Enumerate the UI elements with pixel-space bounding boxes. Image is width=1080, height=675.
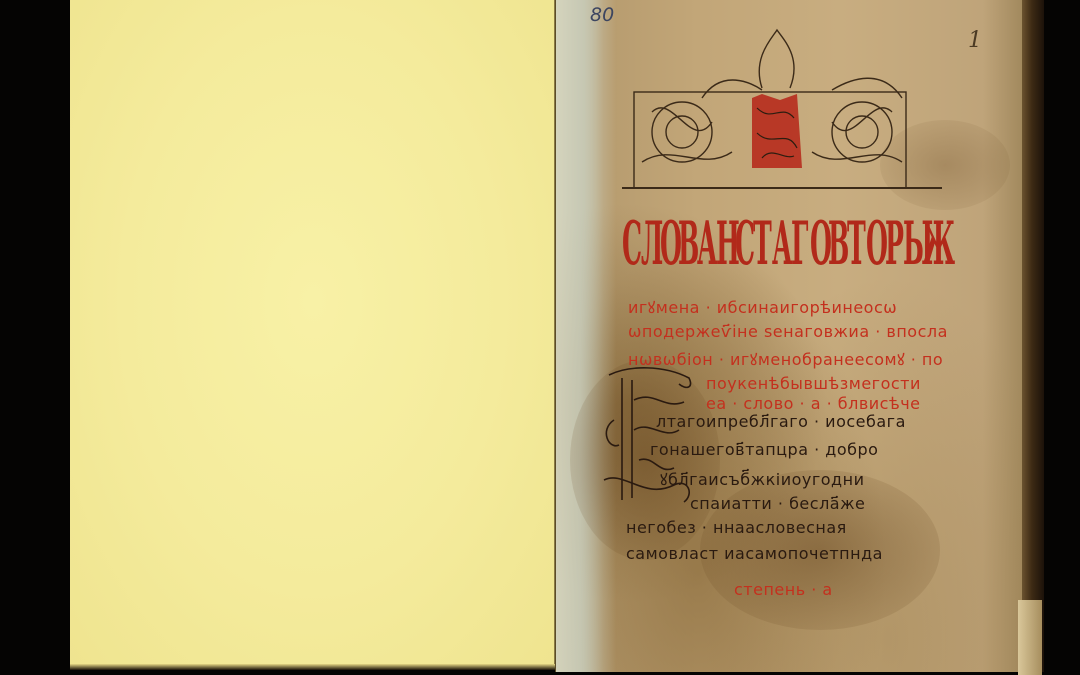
rubric-line: ѡподержеѵ҃іне ѕенаговжиа · впосла: [628, 322, 948, 341]
title-letter: Т: [753, 200, 761, 288]
title-letter: Ы: [903, 200, 911, 288]
page-stack-edge: [1018, 600, 1042, 675]
text-line: ꙋбл҃гаисъб҃жкiиоугодни: [660, 468, 864, 490]
title-letter: Ж: [922, 200, 930, 288]
title-letter: Т: [847, 200, 855, 288]
title-letter: Н: [716, 200, 724, 288]
blank-left-page: [70, 0, 556, 670]
title-letter: В: [678, 200, 686, 288]
folio-number: 1: [968, 28, 982, 53]
title-letter: В: [828, 200, 836, 288]
title-letter: Г: [791, 200, 799, 288]
title-letter: О: [810, 200, 818, 288]
rubric-line: игꙋмена · ибсинаигорѣинеосѡ: [628, 296, 897, 318]
text-line: спаиaтти · бесла҃же: [690, 494, 865, 513]
vyaz-title: С Л О В А Н С Т А Г О В Т О Р Ы Ж: [622, 200, 940, 288]
ornamental-headpiece-icon: [612, 28, 952, 190]
manuscript-photo: 80 1 С Л О В А Н С Т А Г О В: [0, 0, 1080, 675]
title-letter: С: [622, 200, 630, 288]
rubric-line: еа · слово · а · блвисѣче: [706, 394, 921, 413]
title-letter: А: [697, 200, 705, 288]
text-line: негобез · ннаасловесная: [626, 518, 847, 537]
book-spine-edge: [1022, 0, 1044, 672]
title-letter: С: [735, 200, 743, 288]
text-line: гонашегов҃тапцра · добро: [650, 440, 878, 459]
pencil-folio-number: 80: [590, 4, 614, 26]
title-letter: О: [866, 200, 874, 288]
rubric-line: поукенѣбывшѣзмегости: [706, 374, 921, 393]
title-letter: Р: [885, 200, 893, 288]
title-letter: Л: [641, 200, 649, 288]
water-damaged-edge: [556, 0, 616, 672]
text-line: самовласт иасамопочетпнда: [626, 544, 883, 563]
title-letter: О: [660, 200, 668, 288]
text-line: лтагоипребл҃гаго · иосебага: [656, 412, 906, 431]
closing-rubric: степень · а: [734, 580, 833, 599]
title-letter: А: [772, 200, 780, 288]
